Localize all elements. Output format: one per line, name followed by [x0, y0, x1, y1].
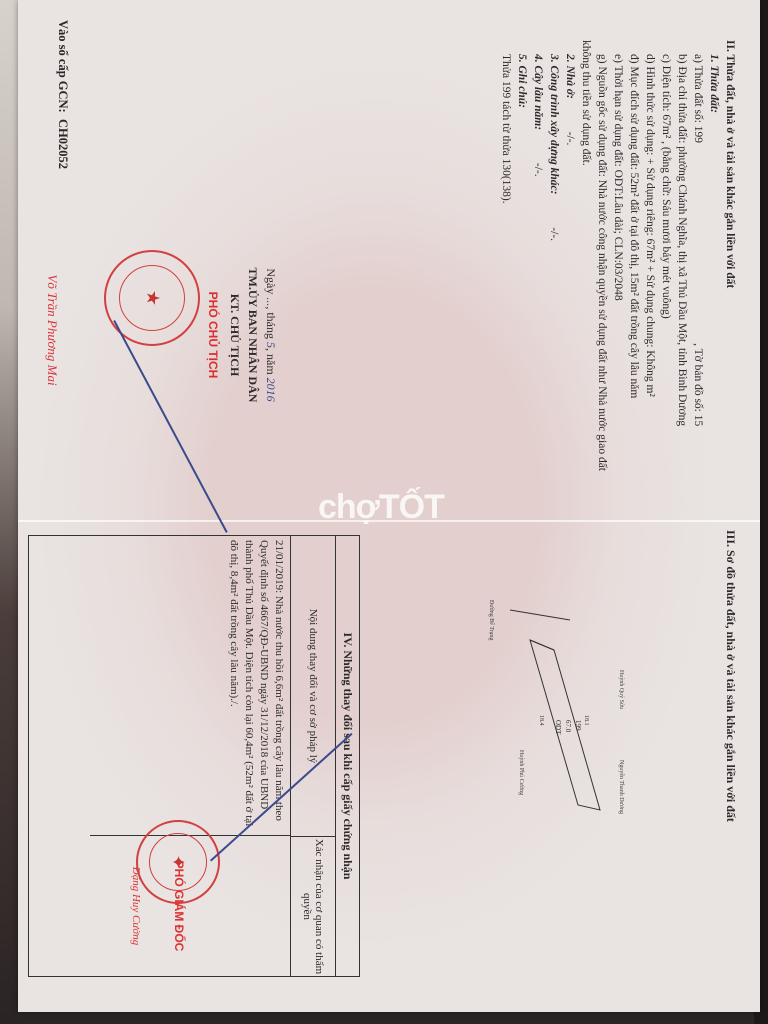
- house: 2. Nhà ở: -/-.: [562, 40, 578, 500]
- signature-block: Ngày ..., tháng 5, năm 2016 TM.ỦY BAN NH…: [204, 235, 280, 435]
- svg-text:199: 199: [574, 720, 582, 731]
- svg-text:18.1: 18.1: [583, 715, 589, 726]
- gcn-registry: Vào sổ cấp GCN: CH02052: [55, 20, 70, 169]
- usage-origin: g) Nguồn gốc sử dụng đất: Nhà nước công …: [594, 40, 610, 500]
- section-3-title: III. Sơ đồ thửa đất, nhà ở và tài sản kh…: [723, 530, 738, 822]
- parcel-heading: 1. Thửa đất:: [706, 40, 722, 500]
- section-4-title: IV. Những thay đổi sau khi cấp giấy chứn…: [335, 536, 359, 976]
- parcel-number: a) Thửa đất số: 199, Tờ bản đồ số: 15: [690, 40, 706, 500]
- change-entry: 21/01/2019: Nhà nước thu hồi 6,6m² đất t…: [90, 536, 290, 836]
- notes-value: Thửa 199 tách từ thửa 130(138).: [498, 40, 514, 500]
- official-seal: ★: [104, 250, 200, 346]
- col-authority-confirmation: Xác nhận của cơ quan có thẩm quyền: [291, 837, 335, 976]
- issue-date: Ngày ..., tháng 5, năm 2016: [262, 235, 280, 435]
- svg-text:ODT: ODT: [554, 720, 562, 735]
- deputy-title: PHÓ CHỦ TỊCH: [204, 235, 222, 435]
- table-header: Nội dung thay đổi và cơ sở pháp lý Xác n…: [290, 536, 335, 976]
- usage-purpose: đ) Mục đích sử dụng đất: 52m² đất ở tại …: [626, 40, 642, 500]
- svg-text:67.0: 67.0: [564, 720, 572, 733]
- perennial-trees: 4. Cây lâu năm: -/-.: [530, 40, 546, 500]
- usage-form: d) Hình thức sử dụng: + Sử dụng riêng: 6…: [642, 40, 658, 500]
- svg-text:Huỳnh Quý Sửu: Huỳnh Quý Sửu: [618, 670, 624, 709]
- issuing-org: TM.ỦY BAN NHÂN DÂN: [244, 235, 262, 435]
- other-construction: 3. Công trình xây dựng khác: -/-.: [546, 40, 562, 500]
- registration-office-seal: ✦: [136, 820, 220, 904]
- col-change-content: Nội dung thay đổi và cơ sở pháp lý: [291, 536, 335, 837]
- parcel-diagram: 199 67.0 ODT 18.1 18.4 Huỳnh Quý Sửu Huỳ…: [480, 600, 640, 840]
- notes-heading: 5. Ghi chú:: [514, 40, 530, 500]
- signer-name: Võ Trần Phương Mai: [44, 230, 60, 430]
- issuing-role: KT. CHỦ TỊCH: [226, 235, 244, 435]
- changes-table: IV. Những thay đổi sau khi cấp giấy chứn…: [28, 535, 360, 977]
- parcel-address: b) Địa chỉ thửa đất: phường Chánh Nghĩa,…: [674, 40, 690, 500]
- star-icon: ★: [119, 265, 185, 331]
- usage-term: e) Thời hạn sử dụng đất: ODT:Lâu dài; CL…: [610, 40, 626, 500]
- parcel-area: c) Diện tích: 67m² , (bằng chữ: Sáu mươi…: [658, 40, 674, 500]
- watermark-logo: chợTỐT: [318, 488, 444, 527]
- seal-emblem-icon: ✦: [149, 833, 207, 891]
- usage-origin-cont: không thu tiền sử dụng đất.: [578, 40, 594, 500]
- svg-text:Huỳnh Phú Cường: Huỳnh Phú Cường: [518, 750, 524, 795]
- svg-text:Đường Bế Trạng: Đường Bế Trạng: [488, 600, 495, 640]
- table-row: 21/01/2019: Nhà nước thu hồi 6,6m² đất t…: [90, 536, 290, 976]
- section-2: II. Thửa đất, nhà ở và tài sản khác gắn …: [498, 40, 738, 500]
- section-2-title: II. Thửa đất, nhà ở và tài sản khác gắn …: [722, 40, 738, 500]
- svg-text:18.4: 18.4: [538, 715, 544, 726]
- svg-text:Nguyễn Thanh Dương: Nguyễn Thanh Dương: [618, 760, 625, 814]
